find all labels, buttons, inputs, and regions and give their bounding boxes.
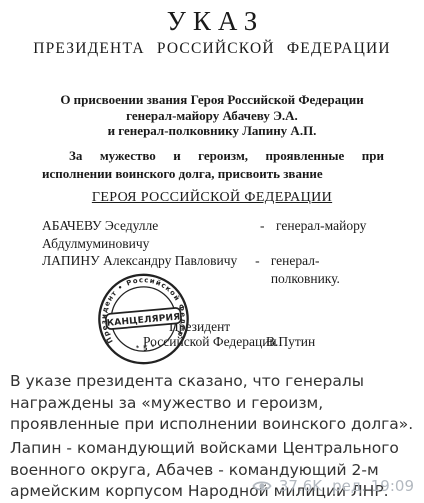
views-eye-icon: [252, 479, 272, 493]
decree-subject-line: О присвоении звания Героя Российской Фед…: [0, 92, 424, 108]
decree-body: За мужество и героизм, проявленные при и…: [42, 147, 384, 182]
caption-paragraph-1: В указе президента сказано, что генералы…: [10, 371, 419, 436]
signature-name: В.Путин: [266, 334, 315, 350]
message-meta: 37.6K ред. 19:09: [252, 477, 414, 495]
award-rank: генерал-майору: [276, 217, 366, 252]
stamp-bottom-text: * 5 *: [134, 343, 158, 354]
decree-title: УКАЗ: [0, 6, 424, 37]
telegram-post: УКАЗ ПРЕЗИДЕНТА РОССИЙСКОЙ ФЕДЕРАЦИИ О п…: [0, 0, 424, 503]
decree-subject: О присвоении звания Героя Российской Фед…: [0, 92, 424, 139]
svg-text:* 5 *: * 5 *: [134, 343, 158, 354]
chancellery-stamp: Президент • Российской Федерации * 5 * К…: [93, 271, 194, 367]
decree-image[interactable]: УКАЗ ПРЕЗИДЕНТА РОССИЙСКОЙ ФЕДЕРАЦИИ О п…: [0, 0, 424, 368]
award-name: АБАЧЕВУ Эседулле Абдулмуминовичу: [42, 217, 260, 252]
decree-subject-line: генерал-майору Абачеву Э.А.: [0, 108, 424, 124]
award-rank: генерал-полковнику.: [271, 252, 386, 287]
edited-label: ред. 19:09: [332, 477, 414, 495]
decree-subject-line: и генерал-полковнику Лапину А.П.: [0, 123, 424, 139]
award-dash: -: [255, 252, 271, 287]
award-row: АБАЧЕВУ Эседулле Абдулмуминовичу - генер…: [42, 217, 386, 252]
decree-subtitle: ПРЕЗИДЕНТА РОССИЙСКОЙ ФЕДЕРАЦИИ: [0, 40, 424, 58]
award-dash: -: [260, 217, 276, 252]
award-heading: ГЕРОЯ РОССИЙСКОЙ ФЕДЕРАЦИИ: [0, 190, 424, 206]
views-count: 37.6K: [279, 477, 322, 495]
